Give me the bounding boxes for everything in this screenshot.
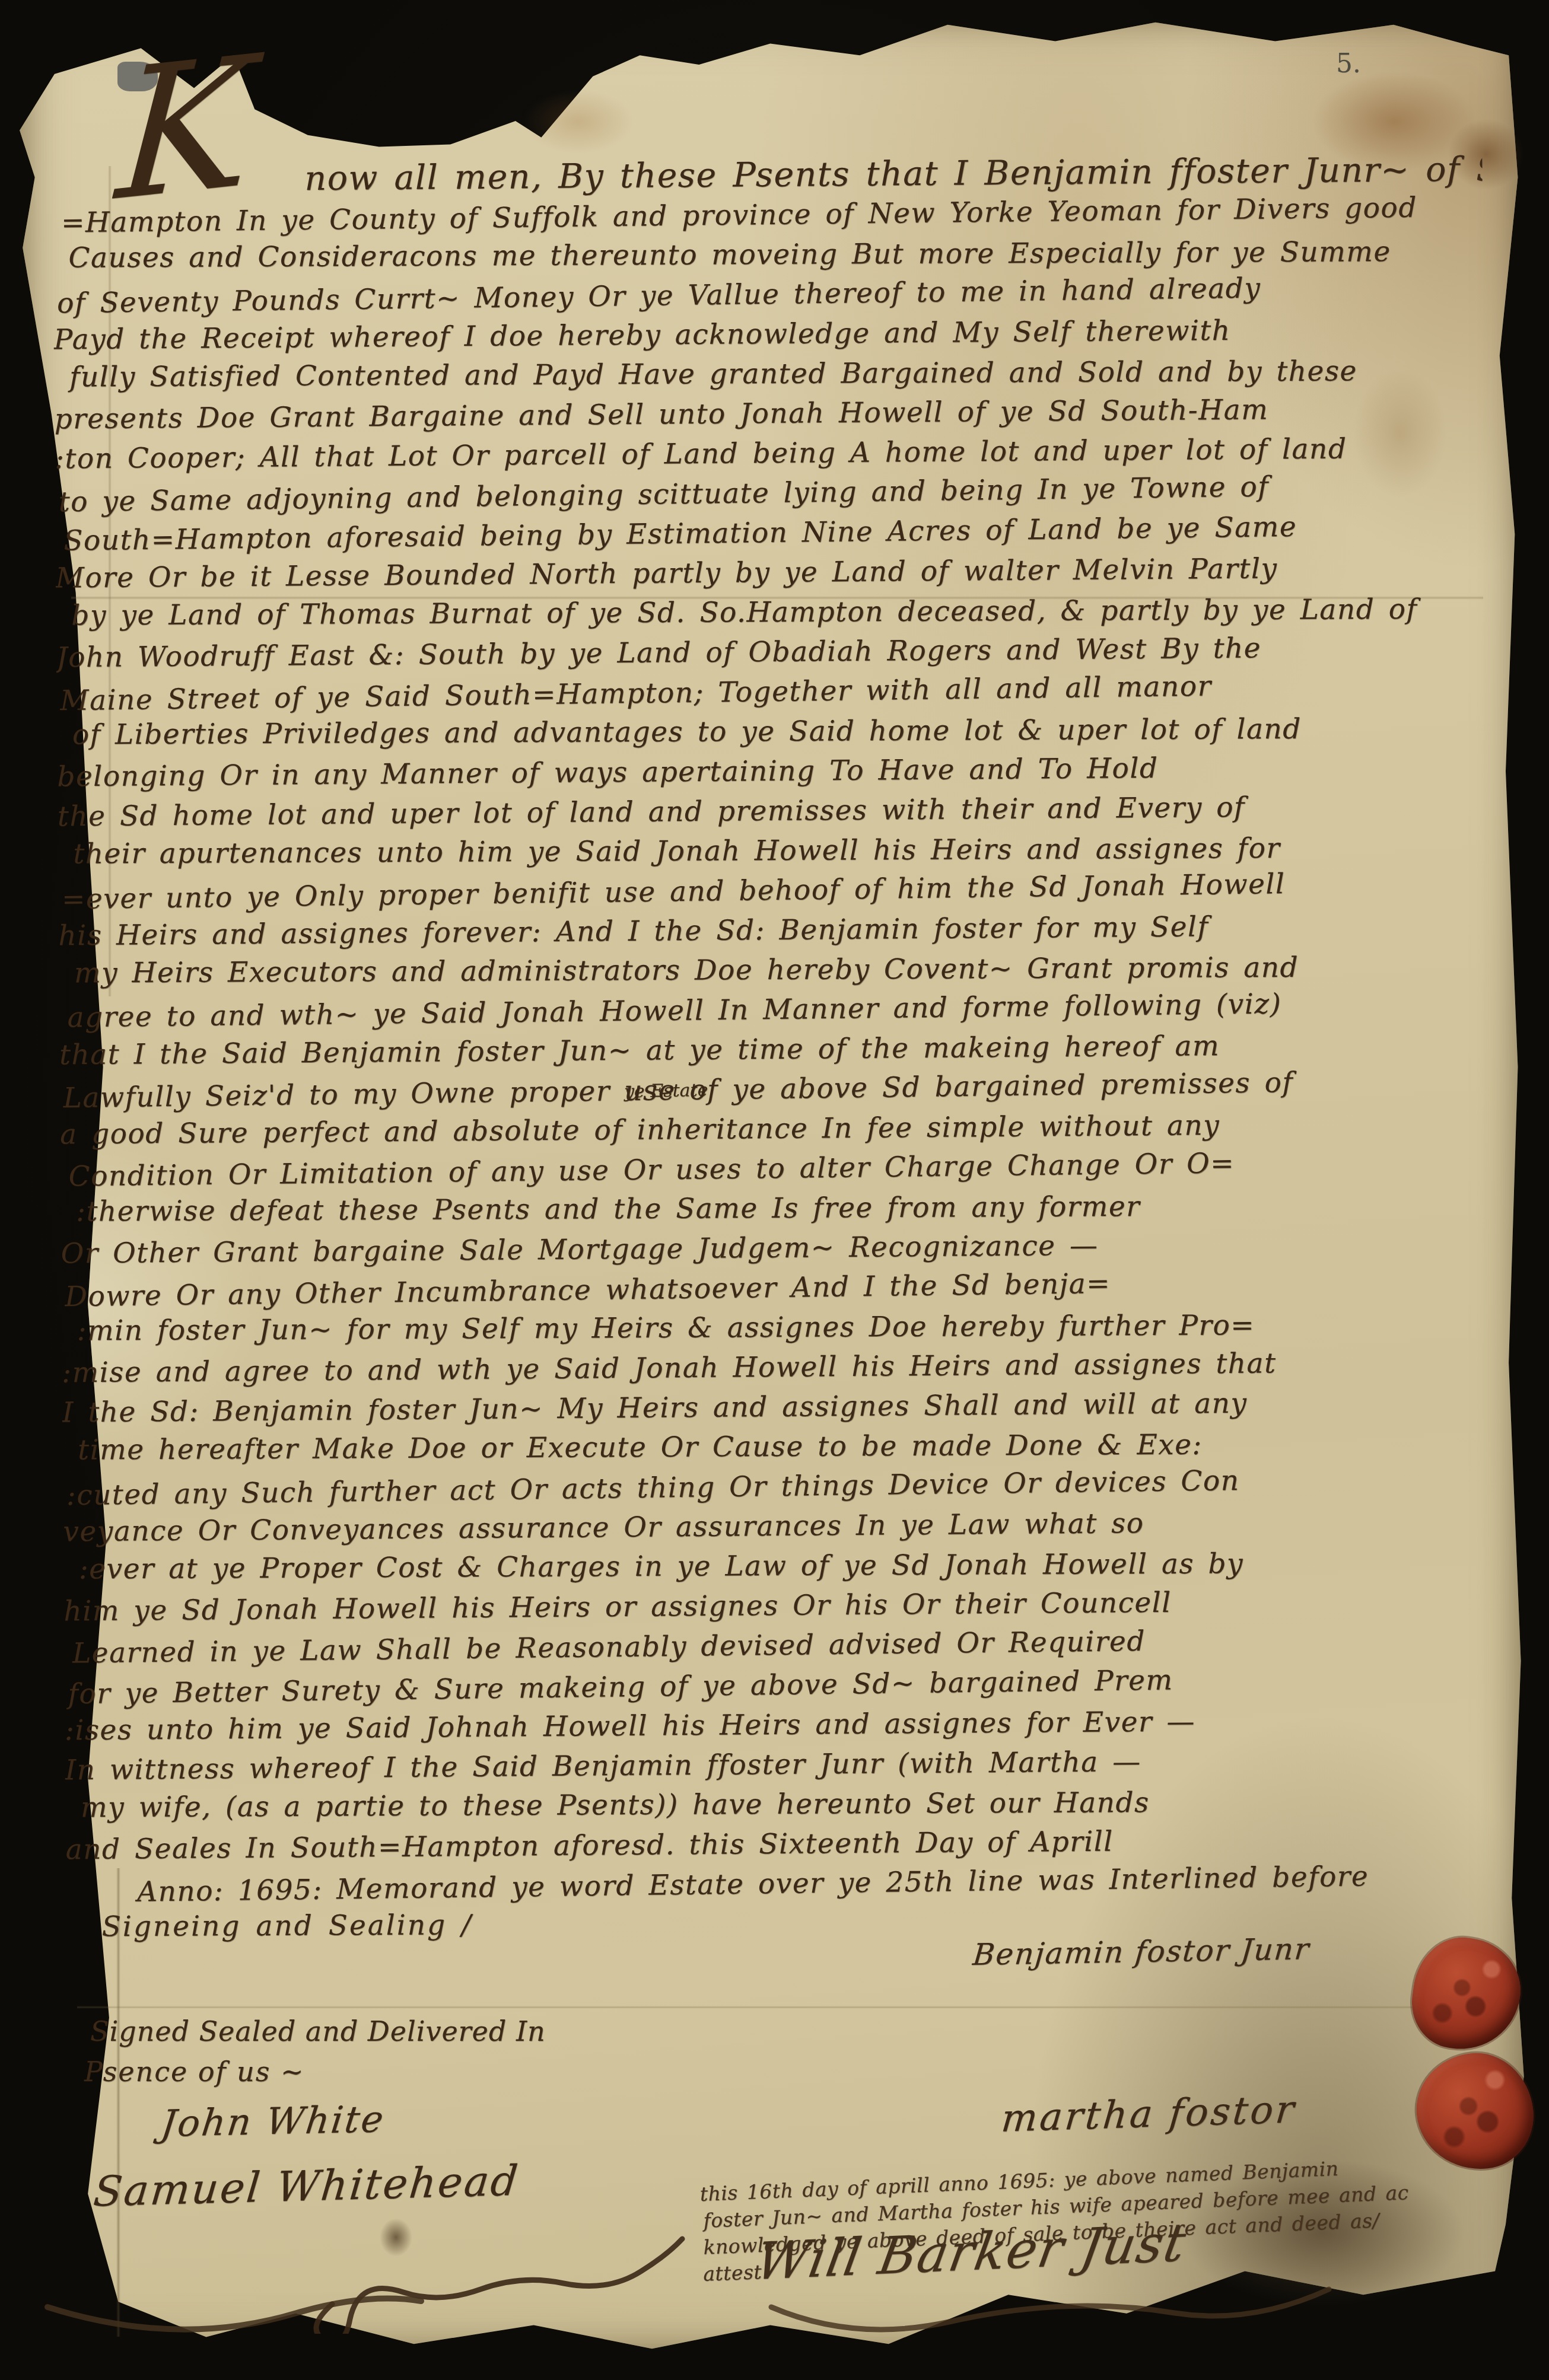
grantor-signature: martha fostor <box>1000 2088 1298 2141</box>
manuscript-line: :ever at ye Proper Cost & Charges in ye … <box>63 1543 1493 1589</box>
manuscript-line: of Liberties Priviledges and advantages … <box>57 708 1487 754</box>
page-number: 5. <box>1336 49 1361 79</box>
witness-statement-line: Psence of us ~ <box>84 2056 305 2088</box>
grantor-signature: Benjamin fostor Junr <box>972 1932 1312 1972</box>
deed-body-text: now all men, By these Psents that I Benj… <box>52 150 1496 1949</box>
witness-signature: John White <box>159 2097 387 2145</box>
interlined-word: ye Estate <box>624 1080 708 1102</box>
scan-background: 5. K now all men, By these Psents that I… <box>0 0 1549 2380</box>
manuscript-line: fully Satisfied Contented and Payd Have … <box>54 351 1484 397</box>
manuscript-line: by ye Land of Thomas Burnat of ye Sd. So… <box>56 589 1486 635</box>
witness-statement-line: Signed Sealed and Delivered In <box>90 2015 546 2047</box>
manuscript-line: :therwise defeat these Psents and the Sa… <box>61 1185 1490 1231</box>
manuscript-line: :min foster Jun~ for my Self my Heirs & … <box>62 1304 1491 1350</box>
manuscript-line: my wife, (as a partie to these Psents)) … <box>65 1781 1495 1827</box>
